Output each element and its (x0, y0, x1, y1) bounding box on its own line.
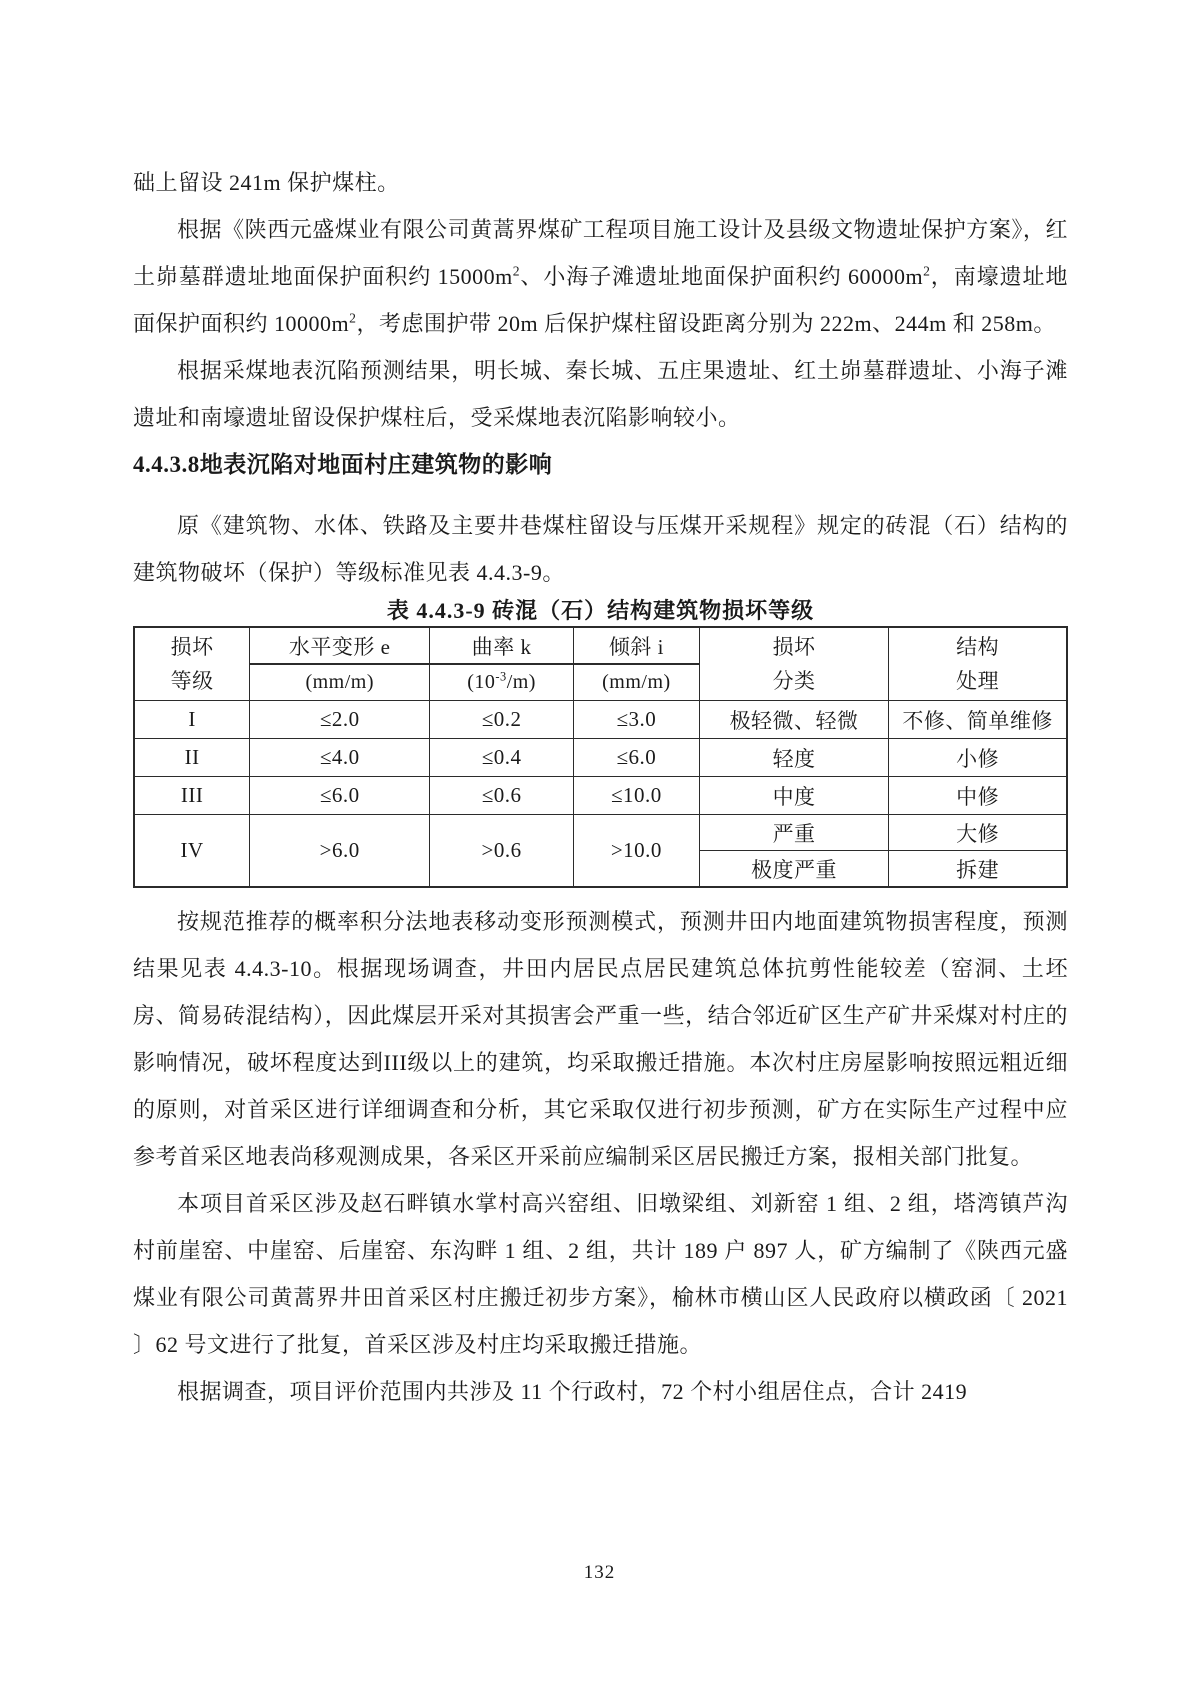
cell-i-value: ≤3.0 (573, 701, 699, 739)
cell-e-value: ≤2.0 (250, 701, 430, 739)
cell-k-value: ≤0.4 (430, 739, 574, 777)
header-inclination: 倾斜 i (573, 627, 699, 664)
cell-damage-class-severe: 严重 (699, 815, 888, 851)
cell-e-value: >6.0 (250, 815, 430, 888)
cell-treatment-extreme: 拆建 (889, 851, 1067, 888)
cell-treatment: 小修 (889, 739, 1067, 777)
table-caption: 表 4.4.3-9 砖混（石）结构建筑物损坏等级 (133, 596, 1068, 626)
cell-k-value: ≤0.6 (430, 777, 574, 815)
cell-grade: IV (134, 815, 250, 888)
cell-grade: II (134, 739, 250, 777)
k-unit-prefix: (10 (467, 671, 495, 693)
cell-i-value: ≤10.0 (573, 777, 699, 815)
paragraph-protection-plan: 根据《陕西元盛煤业有限公司黄蒿界煤矿工程项目施工设计及县级文物遗址保护方案》，红… (133, 206, 1068, 347)
k-unit-suffix: /m) (507, 671, 536, 693)
page-footer: 132 (0, 1562, 1199, 1584)
table-row-grade-3: III ≤6.0 ≤0.6 ≤10.0 中度 中修 (134, 777, 1067, 815)
paragraph-survey: 根据调查，项目评价范围内共涉及 11 个行政村，72 个村小组居住点，合计 24… (133, 1368, 1068, 1415)
cell-i-value: >10.0 (573, 815, 699, 888)
header-damage-grade-line1: 损坏 (135, 630, 249, 664)
cell-damage-class-extreme: 极度严重 (699, 851, 888, 888)
damage-grade-table: 损坏 等级 水平变形 e 曲率 k 倾斜 i 损坏 分类 结构 处理 (133, 626, 1068, 888)
header-structure-treatment-line1: 结构 (889, 630, 1066, 664)
cell-damage-class: 极轻微、轻微 (699, 701, 888, 739)
table-row-grade-1: I ≤2.0 ≤0.2 ≤3.0 极轻微、轻微 不修、简单维修 (134, 701, 1067, 739)
cell-treatment: 不修、简单维修 (889, 701, 1067, 739)
cell-treatment-severe: 大修 (889, 815, 1067, 851)
header-damage-class-line2: 分类 (700, 664, 888, 698)
cell-k-value: ≤0.2 (430, 701, 574, 739)
header-k-unit: (10-3/m) (430, 664, 574, 701)
header-e-unit: (mm/m) (250, 664, 430, 701)
header-structure-treatment-line2: 处理 (889, 664, 1066, 698)
paragraph-relocation-plan: 本项目首采区涉及赵石畔镇水掌村高兴窑组、旧墩梁组、刘新窑 1 组、2 组，塔湾镇… (133, 1180, 1068, 1368)
cell-e-value: ≤6.0 (250, 777, 430, 815)
paragraph-subsidence-prediction: 根据采煤地表沉陷预测结果，明长城、秦长城、五庄果遗址、红土峁墓群遗址、小海子滩遗… (133, 347, 1068, 441)
paragraph-regulation: 原《建筑物、水体、铁路及主要井巷煤柱留设与压煤开采规程》规定的砖混（石）结构的建… (133, 502, 1068, 596)
header-damage-grade-line2: 等级 (135, 664, 249, 698)
paragraph-continued: 础上留设 241m 保护煤柱。 (133, 159, 1068, 206)
header-damage-class: 损坏 分类 (699, 627, 888, 701)
section-heading: 4.4.3.8地表沉陷对地面村庄建筑物的影响 (133, 441, 1068, 488)
table-row-grade-4-upper: IV >6.0 >0.6 >10.0 严重 大修 (134, 815, 1067, 851)
document-page: 础上留设 241m 保护煤柱。 根据《陕西元盛煤业有限公司黄蒿界煤矿工程项目施工… (0, 0, 1199, 1696)
cell-i-value: ≤6.0 (573, 739, 699, 777)
page-content: 础上留设 241m 保护煤柱。 根据《陕西元盛煤业有限公司黄蒿界煤矿工程项目施工… (133, 159, 1068, 1415)
cell-e-value: ≤4.0 (250, 739, 430, 777)
table-row-grade-2: II ≤4.0 ≤0.4 ≤6.0 轻度 小修 (134, 739, 1067, 777)
header-curvature: 曲率 k (430, 627, 574, 664)
k-unit-exponent: -3 (495, 669, 506, 683)
cell-treatment: 中修 (889, 777, 1067, 815)
cell-damage-class: 轻度 (699, 739, 888, 777)
cell-grade: I (134, 701, 250, 739)
table-header-row-1: 损坏 等级 水平变形 e 曲率 k 倾斜 i 损坏 分类 结构 处理 (134, 627, 1067, 664)
header-damage-class-line1: 损坏 (700, 630, 888, 664)
cell-grade: III (134, 777, 250, 815)
header-i-unit: (mm/m) (573, 664, 699, 701)
cell-k-value: >0.6 (430, 815, 574, 888)
header-structure-treatment: 结构 处理 (889, 627, 1067, 701)
page-number: 132 (584, 1562, 616, 1583)
cell-damage-class: 中度 (699, 777, 888, 815)
paragraph-prediction-model: 按规范推荐的概率积分法地表移动变形预测模式，预测井田内地面建筑物损害程度，预测结… (133, 898, 1068, 1180)
header-horizontal-deformation: 水平变形 e (250, 627, 430, 664)
header-damage-grade: 损坏 等级 (134, 627, 250, 701)
